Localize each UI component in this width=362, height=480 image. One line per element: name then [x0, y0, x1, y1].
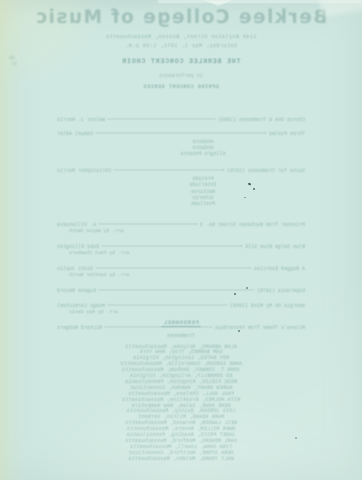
program-item: A Ragged ExerciseScott Joplinarr. by Gun…	[57, 266, 305, 280]
bleed-through-layer: Berklee College of Music 1140 Boylston S…	[0, 0, 362, 480]
program-title: A Ragged Exercise	[254, 266, 305, 273]
program-movement: Postlude	[79, 201, 327, 207]
edge-smudge	[9, 56, 15, 59]
dotted-leader	[108, 119, 215, 120]
program-list: Chorus One & Trombones (1969)Walter J. H…	[57, 105, 305, 332]
program-item: Suite for Trombones (1970)Christopher Mo…	[57, 168, 305, 208]
program-row: Esperanza (1970)Eugene Record	[57, 288, 305, 295]
program-composer: Duke Ellington	[57, 244, 99, 251]
program-composer: A. Villanueva	[57, 222, 96, 229]
program-item: Three PsalmsSamuel AdlerAndanteAndanteAl…	[57, 131, 305, 158]
program-movements: PreludeInterludeNocturneScherzoPostlude	[79, 176, 327, 207]
personnel-subheading: Trombones	[0, 333, 362, 339]
ink-speck	[246, 287, 248, 289]
date-line: Saturday, May 1, 1971, 1:00 p.m.	[0, 43, 362, 49]
program-row: Chorus One & Trombones (1969)Walter J. H…	[57, 117, 305, 124]
program-row: Prisoner from Buchanan Street No. 3A. Vi…	[57, 222, 305, 229]
program-arranger: arr. by Gunther North	[57, 273, 305, 280]
series-line: SPRING CONCERT SERIES	[0, 84, 362, 90]
scanned-page: Berklee College of Music 1140 Boylston S…	[0, 0, 362, 480]
program-composer: Christopher Morris	[57, 168, 111, 175]
personnel-section: PERSONNEL Trombones ALAN ABRAMS, Holyoke…	[0, 311, 362, 463]
program-composer: Walter J. Harris	[57, 117, 105, 124]
program-title: Blue Serge Blue Silk	[245, 244, 305, 251]
presented-line: in performance	[0, 73, 362, 79]
personnel-heading: PERSONNEL	[161, 319, 201, 327]
ink-speck	[253, 188, 255, 190]
program-item: Chorus One & Trombones (1969)Walter J. H…	[57, 117, 305, 124]
address-line: 1140 Boylston Street, Boston, Massachuse…	[0, 34, 362, 40]
program-arranger: arr. by Paul Chambers	[57, 251, 305, 258]
program-composer: Hoagy Carmichael	[57, 303, 105, 310]
program-row: Three PsalmsSamuel Adler	[57, 131, 305, 138]
program-movement: Allegro Pesante	[79, 151, 327, 157]
dotted-leader	[96, 268, 251, 269]
program-row: Blue Serge Blue SilkDuke Ellington	[57, 244, 305, 251]
dotted-leader	[108, 305, 227, 306]
program-title: Three Psalms	[269, 131, 305, 138]
ink-speck	[295, 437, 297, 439]
ink-speck	[238, 330, 240, 332]
personnel-name: WALT YOUNG, Malden, Massachusetts	[0, 457, 362, 463]
program-title: Georgia On My Mind (1960)	[230, 303, 305, 310]
program-item: Blue Serge Blue SilkDuke Ellingtonarr. b…	[57, 244, 305, 258]
edge-smudge	[12, 62, 17, 65]
personnel-name-list: ALAN ABRAMS, Holyoke, MassachusettsSAM B…	[0, 345, 362, 463]
program-composer: Eugene Record	[57, 288, 96, 295]
program-movements: AndanteAndanteAllegro Pesante	[79, 139, 327, 158]
program-title: Esperanza (1970)	[257, 288, 305, 295]
program-title: Suite for Trombones (1970)	[227, 168, 305, 175]
berklee-logo: Berklee College of Music	[0, 7, 362, 28]
dotted-leader	[99, 290, 254, 291]
program-arranger: arr. by Wayne Smith	[57, 229, 305, 236]
program-item: Esperanza (1970)Eugene Record	[57, 288, 305, 295]
program-composer: Scott Joplin	[57, 266, 93, 273]
program-row: A Ragged ExerciseScott Joplin	[57, 266, 305, 273]
program-title: Chorus One & Trombones (1969)	[218, 117, 305, 124]
dotted-leader	[99, 224, 197, 225]
program-composer: Samuel Adler	[57, 131, 93, 138]
dotted-leader	[96, 132, 266, 133]
program-row: Suite for Trombones (1970)Christopher Mo…	[57, 168, 305, 175]
concert-title: THE BERKLEE CONCERT CHOIR	[0, 58, 362, 65]
program-title: Prisoner from Buchanan Street No. 3	[200, 222, 305, 229]
program-row: Georgia On My Mind (1960)Hoagy Carmichae…	[57, 303, 305, 310]
program-item: Prisoner from Buchanan Street No. 3A. Vi…	[57, 222, 305, 236]
dotted-leader	[114, 169, 224, 170]
dotted-leader	[102, 246, 242, 247]
